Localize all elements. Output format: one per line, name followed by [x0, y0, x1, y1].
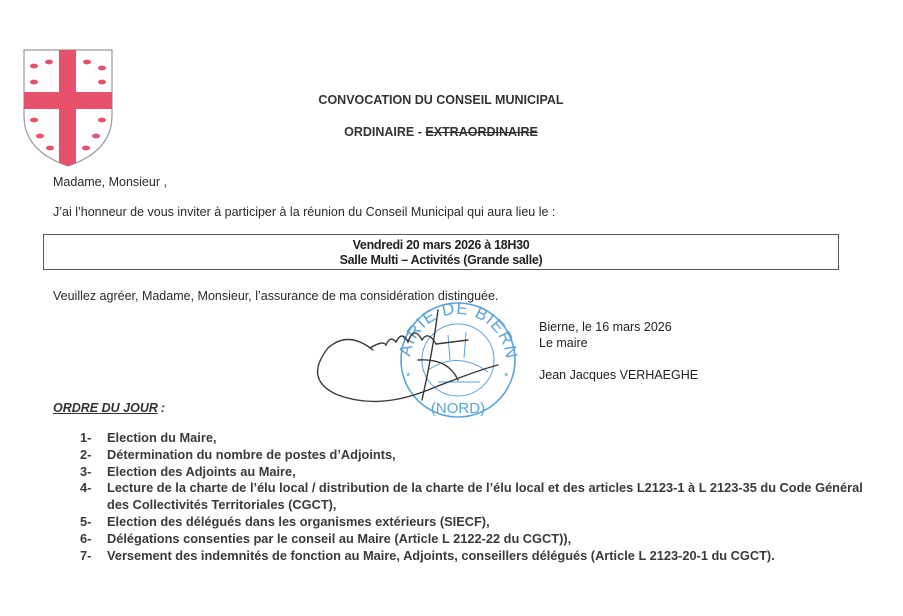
- agenda-item: 6-Délégations consenties par le conseil …: [80, 531, 870, 548]
- document-title: CONVOCATION DU CONSEIL MUNICIPAL: [300, 93, 582, 107]
- agenda-heading: ORDRE DU JOUR:: [53, 401, 165, 415]
- salutation: Madame, Monsieur ,: [53, 175, 167, 189]
- signer-name: Jean Jacques VERHAEGHE: [539, 368, 698, 382]
- meeting-location: Salle Multi – Activités (Grande salle): [44, 253, 838, 267]
- meeting-date-time: Vendredi 20 mars 2026 à 18H30: [44, 238, 838, 252]
- agenda-item: 3-Election des Adjoints au Maire,: [80, 464, 870, 481]
- meeting-details-box: Vendredi 20 mars 2026 à 18H30 Salle Mult…: [43, 234, 839, 270]
- svg-text:MAIRIE DE BIERNE: MAIRIE DE BIERNE: [298, 300, 521, 361]
- agenda-item: 1-Election du Maire,: [80, 430, 870, 447]
- agenda-item: 4-Lecture de la charte de l’élu local / …: [80, 480, 870, 514]
- svg-text:*: *: [406, 371, 411, 383]
- agenda-list: 1-Election du Maire, 2-Détermination du …: [80, 430, 870, 564]
- intro-paragraph: J’ai l’honneur de vous inviter à partici…: [53, 205, 555, 219]
- agenda-item: 5-Election des délégués dans les organis…: [80, 514, 870, 531]
- session-type: ORDINAIRE - EXTRAORDINAIRE: [300, 125, 582, 139]
- agenda-item: 2-Détermination du nombre de postes d’Ad…: [80, 447, 870, 464]
- mayor-stamp-and-signature: MAIRIE DE BIERNE (NORD) * *: [298, 300, 523, 425]
- signer-role: Le maire: [539, 336, 588, 350]
- svg-text:(NORD): (NORD): [431, 400, 485, 417]
- session-type-extraordinary-struck: EXTRAORDINAIRE: [425, 125, 538, 139]
- coat-of-arms-icon: [20, 46, 116, 168]
- official-stamp-icon: MAIRIE DE BIERNE (NORD) * *: [298, 300, 521, 417]
- agenda-item: 7-Versement des indemnités de fonction a…: [80, 548, 870, 565]
- svg-text:*: *: [504, 371, 509, 383]
- session-type-ordinary: ORDINAIRE -: [344, 125, 425, 139]
- signature-place-date: Bierne, le 16 mars 2026: [539, 320, 672, 334]
